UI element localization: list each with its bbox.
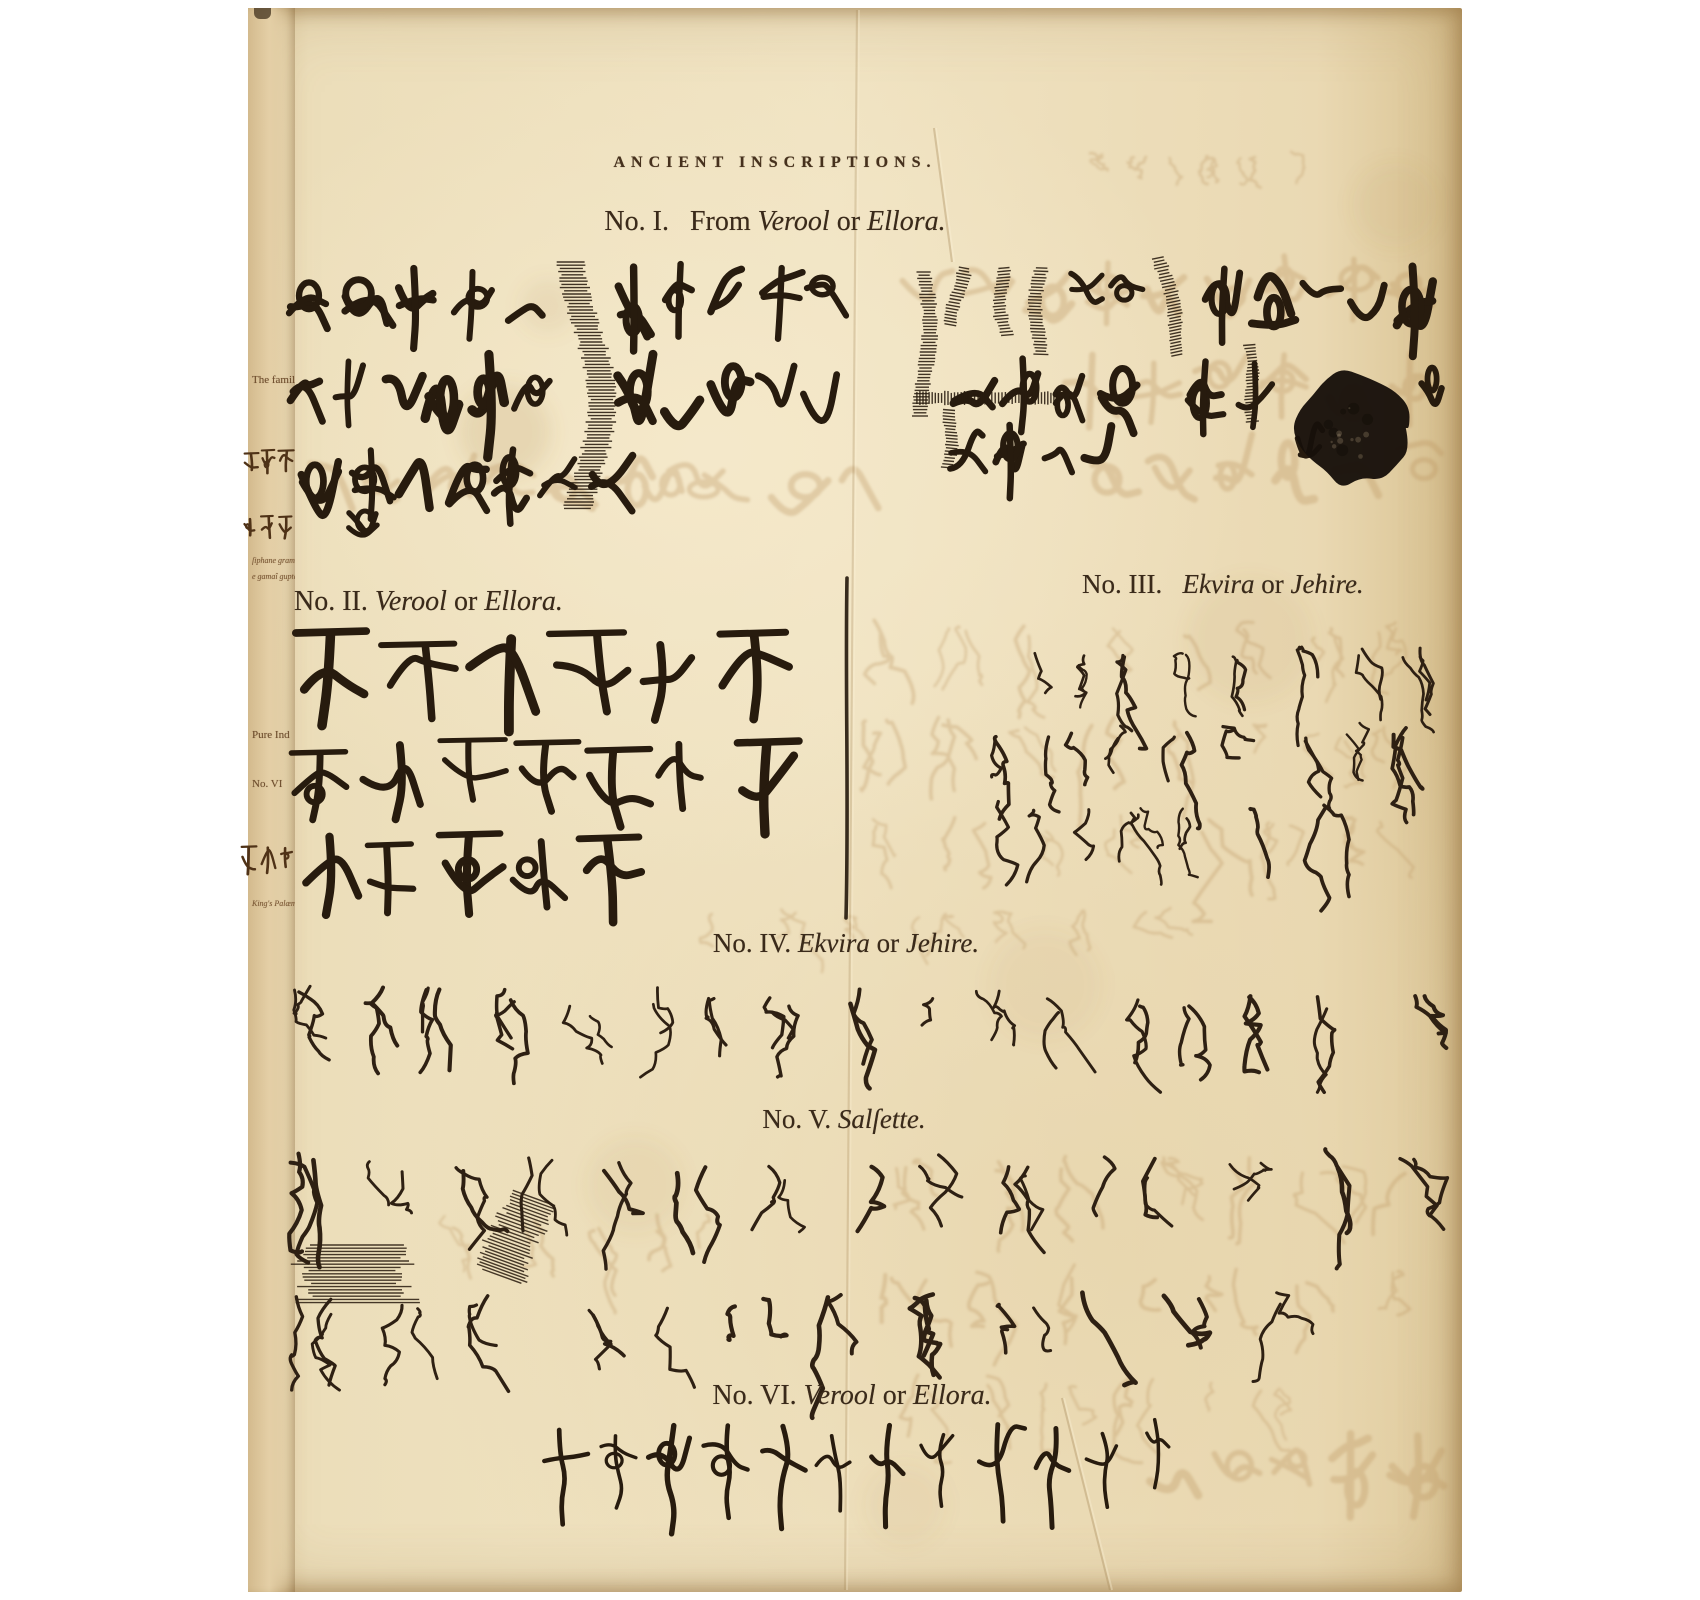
- caption-text: No. IV.: [713, 928, 798, 958]
- caption-text: or: [1254, 569, 1290, 599]
- inscription-no5: [289, 1149, 1447, 1418]
- caption-text: or: [876, 1380, 913, 1411]
- caption-no4: No. IV. Ekvira or Jehire.: [713, 928, 979, 959]
- caption-text: Jehire.: [1290, 569, 1363, 599]
- inscription-no1-row: [349, 511, 378, 535]
- inscription-no5-row: [289, 1149, 1447, 1269]
- inscription-no4-row: [294, 986, 1447, 1092]
- caption-text: Salſette.: [838, 1104, 926, 1134]
- caption-no3: No. III. Ekvira or Jehire.: [1082, 569, 1364, 600]
- hatched-strokes: [944, 267, 972, 326]
- margin-glyph-rows: [242, 450, 294, 874]
- fold-crease: [934, 128, 954, 262]
- caption-no1: No. I. From Verool or Ellora.: [604, 206, 945, 238]
- inscription-no1-row: [618, 354, 837, 425]
- margin-glyph-row: [245, 450, 294, 473]
- inscription-no1-row: [289, 268, 542, 348]
- scanned-page: The familſiphane grammar ſhanti pue gama…: [0, 0, 1700, 1600]
- inscription-no2-row: [291, 740, 799, 834]
- inscription-no6-row: [544, 1425, 1116, 1534]
- inscription-no2-row: [296, 631, 789, 731]
- hatched-strokes: [291, 1245, 420, 1303]
- caption-text: or: [447, 586, 484, 617]
- caption-text: Ekvira: [798, 928, 870, 958]
- inscription-plate-svg: [0, 0, 1700, 1600]
- caption-text: Ekvira: [1182, 569, 1254, 599]
- inscription-no2-row: [306, 834, 641, 923]
- ghost-row: [645, 469, 879, 512]
- caption-text: Ellora.: [484, 586, 563, 617]
- ghost-row: [1090, 152, 1304, 188]
- caption-text: Verool: [758, 206, 830, 237]
- hatched-strokes: [941, 410, 959, 468]
- caption-no6: No. VI. Verool or Ellora.: [712, 1380, 991, 1412]
- inscription-no2: [291, 631, 799, 922]
- plate-title: ANCIENT INSCRIPTIONS.: [613, 154, 936, 172]
- ghost-row: [439, 1215, 709, 1313]
- ghost-row: [1150, 1434, 1443, 1517]
- caption-text: Verool: [804, 1380, 876, 1411]
- inscription-no4: [294, 986, 1447, 1092]
- margin-glyph-row: [242, 846, 292, 874]
- caption-text: Jehire.: [906, 928, 979, 958]
- caption-text: Verool: [375, 586, 447, 617]
- caption-text: No. I. From: [604, 206, 757, 237]
- inscription-no3-row: [992, 723, 1423, 828]
- section-divider-line: [846, 578, 847, 918]
- ghost-row: [865, 620, 1406, 717]
- inscription-no1-row: [950, 425, 1111, 498]
- caption-text: No. V.: [762, 1104, 838, 1134]
- caption-text: or: [870, 928, 906, 958]
- caption-text: No. II.: [294, 586, 375, 617]
- caption-no5: No. V. Salſette.: [762, 1104, 925, 1135]
- ghost-row: [882, 1265, 1410, 1365]
- margin-glyph-row: [245, 516, 292, 538]
- caption-text: Ellora.: [913, 1380, 992, 1411]
- caption-no2: No. II. Verool or Ellora.: [294, 586, 563, 618]
- caption-text: No. III.: [1082, 569, 1182, 599]
- caption-text: or: [830, 206, 867, 237]
- inscription-no6: [544, 1420, 1169, 1534]
- ghost-row: [873, 815, 1414, 921]
- caption-text: Ellora.: [867, 206, 946, 237]
- caption-text: No. VI.: [712, 1380, 803, 1411]
- inscription-no1-row: [619, 264, 847, 351]
- inscription-no3-row: [997, 802, 1349, 911]
- inscription-no1: [289, 257, 1442, 535]
